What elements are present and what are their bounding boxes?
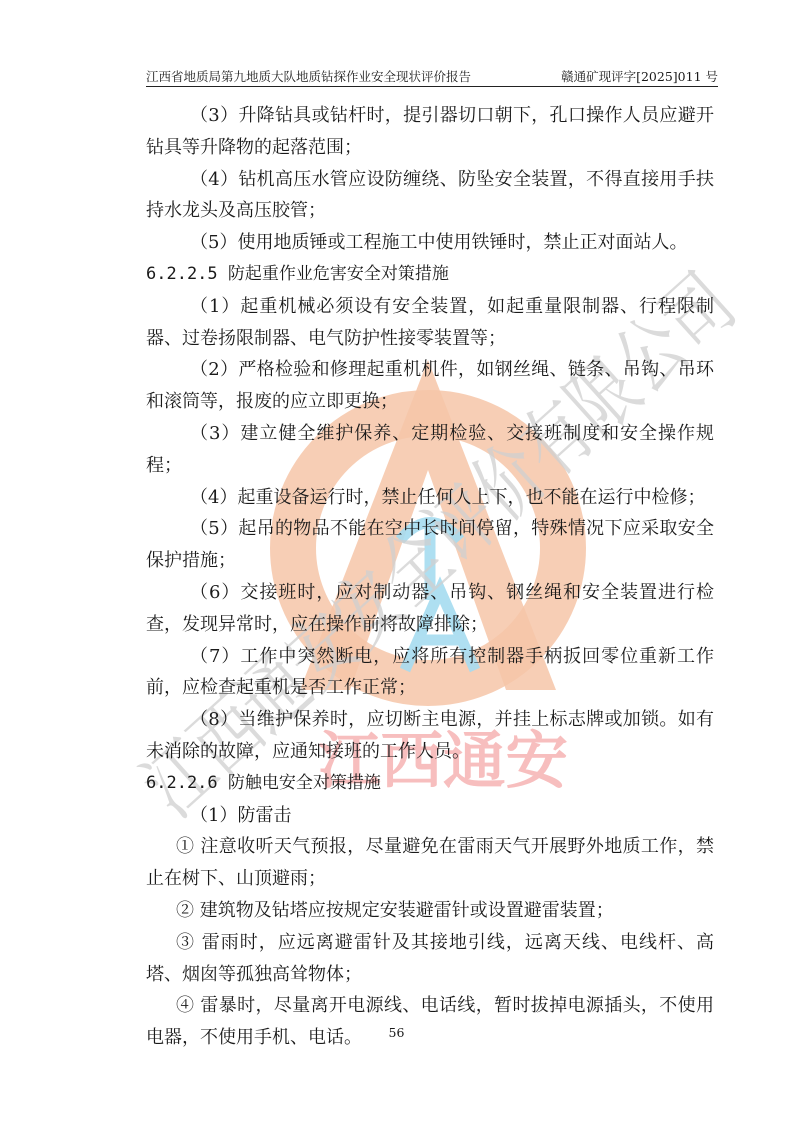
- body-text: （3）升降钻具或钻杆时，提引器切口朝下，孔口操作人员应避开钻具等升降物的起落范围…: [146, 100, 714, 1054]
- page-header: 江西省地质局第九地质大队地质钻探作业安全现状评价报告 赣通矿现评字[2025]0…: [146, 66, 718, 87]
- paragraph: （8）当维护保养时，应切断主电源，并挂上标志牌或加锁。如有未消除的故障，应通知接…: [146, 704, 714, 768]
- paragraph: （1）防雷击: [146, 800, 714, 832]
- paragraph: （5）起吊的物品不能在空中长时间停留，特殊情况下应采取安全保护措施；: [146, 513, 714, 577]
- paragraph: （5）使用地质锤或工程施工中使用铁锤时，禁止正对面站人。: [146, 227, 714, 259]
- paragraph: （3）建立健全维护保养、定期检验、交接班制度和安全操作规程；: [146, 418, 714, 482]
- paragraph: ④ 雷暴时，尽量离开电源线、电话线，暂时拔掉电源插头，不使用电器，不使用手机、电…: [146, 990, 714, 1054]
- document-number: 赣通矿现评字[2025]011 号: [561, 67, 718, 85]
- section-heading: 6.2.2.5 防起重作业危害安全对策措施: [146, 259, 714, 291]
- paragraph: （7）工作中突然断电，应将所有控制器手柄扳回零位重新工作前，应检查起重机是否工作…: [146, 641, 714, 705]
- document-page: 江西通安 江西通安安全评价有限公司 江西省地质局第九地质大队地质钻探作业安全现状…: [0, 0, 793, 1122]
- paragraph: （3）升降钻具或钻杆时，提引器切口朝下，孔口操作人员应避开钻具等升降物的起落范围…: [146, 100, 714, 164]
- paragraph: ① 注意收听天气预报，尽量避免在雷雨天气开展野外地质工作，禁止在树下、山顶避雨；: [146, 831, 714, 895]
- report-title: 江西省地质局第九地质大队地质钻探作业安全现状评价报告: [146, 67, 471, 85]
- paragraph: ② 建筑物及钻塔应按规定安装避雷针或设置避雷装置；: [146, 895, 714, 927]
- paragraph: （6）交接班时，应对制动器、吊钩、钢丝绳和安全装置进行检查，发现异常时，应在操作…: [146, 577, 714, 641]
- page-number: 56: [0, 1025, 793, 1040]
- section-heading: 6.2.2.6 防触电安全对策措施: [146, 768, 714, 800]
- paragraph: ③ 雷雨时，应远离避雷针及其接地引线，远离天线、电线杆、高塔、烟囱等孤独高耸物体…: [146, 927, 714, 991]
- paragraph: （4）起重设备运行时，禁止任何人上下，也不能在运行中检修；: [146, 482, 714, 514]
- paragraph: （2）严格检验和修理起重机机件，如钢丝绳、链条、吊钩、吊环和滚筒等，报废的应立即…: [146, 354, 714, 418]
- paragraph: （1）起重机械必须设有安全装置，如起重量限制器、行程限制器、过卷扬限制器、电气防…: [146, 291, 714, 355]
- paragraph: （4）钻机高压水管应设防缠绕、防坠安全装置，不得直接用手扶持水龙头及高压胶管；: [146, 164, 714, 228]
